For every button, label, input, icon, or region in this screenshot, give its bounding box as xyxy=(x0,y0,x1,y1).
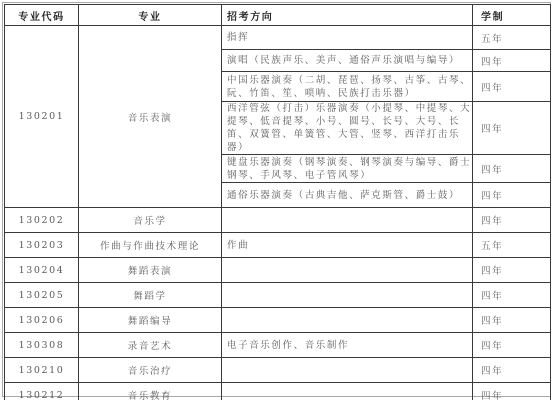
direction-cell xyxy=(222,383,473,400)
major-cell: 音乐学 xyxy=(79,208,222,233)
table-row: 130210 音乐治疗 四年 xyxy=(5,358,551,383)
years-cell: 四年 xyxy=(473,333,551,358)
header-row: 专业代码 专业 招考方向 学制 xyxy=(5,5,551,26)
major-cell: 音乐教育 xyxy=(79,383,222,400)
code-cell: 130201 xyxy=(5,26,79,208)
code-cell: 130204 xyxy=(5,258,79,283)
header-years: 学制 xyxy=(473,5,551,26)
table-row: 130202 音乐学 四年 xyxy=(5,208,551,233)
years-cell: 四年 xyxy=(473,50,551,72)
major-cell: 音乐表演 xyxy=(79,26,222,208)
direction-cell: 西洋管弦（打击）乐器演奏（小提琴、中提琴、大提琴、低音提琴、小号、圆号、长号、大… xyxy=(222,102,473,155)
major-cell: 舞蹈表演 xyxy=(79,258,222,283)
major-cell: 录音艺术 xyxy=(79,333,222,358)
major-cell: 音乐治疗 xyxy=(79,358,222,383)
major-cell: 舞蹈编导 xyxy=(79,308,222,333)
direction-cell xyxy=(222,358,473,383)
years-cell: 四年 xyxy=(473,283,551,308)
direction-cell: 作曲 xyxy=(222,233,473,258)
direction-cell xyxy=(222,258,473,283)
code-cell: 130308 xyxy=(5,333,79,358)
direction-cell: 中国乐器演奏（二胡、琵琶、扬琴、古筝、古琴、阮、竹笛、笙、唢呐、民族打击乐器） xyxy=(222,72,473,102)
years-cell: 五年 xyxy=(473,233,551,258)
code-cell: 130206 xyxy=(5,308,79,333)
direction-cell xyxy=(222,283,473,308)
major-cell: 作曲与作曲技术理论 xyxy=(79,233,222,258)
header-major: 专业 xyxy=(79,5,222,26)
header-code: 专业代码 xyxy=(5,5,79,26)
table-row: 130201 音乐表演 指挥 五年 xyxy=(5,26,551,50)
direction-cell: 键盘乐器演奏（钢琴演奏、钢琴演奏与编导、爵士钢琴、手风琴、电子管风琴） xyxy=(222,155,473,183)
years-cell: 四年 xyxy=(473,183,551,208)
direction-cell: 电子音乐创作、音乐制作 xyxy=(222,333,473,358)
table-row: 130212 音乐教育 四年 xyxy=(5,383,551,400)
code-cell: 130212 xyxy=(5,383,79,400)
table-row: 130205 舞蹈学 四年 xyxy=(5,283,551,308)
years-cell: 四年 xyxy=(473,208,551,233)
direction-cell xyxy=(222,308,473,333)
direction-cell: 指挥 xyxy=(222,26,473,50)
code-cell: 130203 xyxy=(5,233,79,258)
years-cell: 五年 xyxy=(473,26,551,50)
years-cell: 四年 xyxy=(473,308,551,333)
direction-cell: 演唱（民族声乐、美声、通俗声乐演唱与编导） xyxy=(222,50,473,72)
table-row: 130308 录音艺术 电子音乐创作、音乐制作 四年 xyxy=(5,333,551,358)
code-cell: 130210 xyxy=(5,358,79,383)
table-row: 130204 舞蹈表演 四年 xyxy=(5,258,551,283)
code-cell: 130202 xyxy=(5,208,79,233)
years-cell: 四年 xyxy=(473,358,551,383)
years-cell: 四年 xyxy=(473,102,551,155)
majors-table: 专业代码 专业 招考方向 学制 130201 音乐表演 指挥 五年 演唱（民族声… xyxy=(4,4,551,400)
header-direction: 招考方向 xyxy=(222,5,473,26)
years-cell: 四年 xyxy=(473,258,551,283)
direction-cell xyxy=(222,208,473,233)
years-cell: 四年 xyxy=(473,383,551,400)
years-cell: 四年 xyxy=(473,72,551,102)
table-row: 130203 作曲与作曲技术理论 作曲 五年 xyxy=(5,233,551,258)
years-cell: 四年 xyxy=(473,155,551,183)
table-row: 130206 舞蹈编导 四年 xyxy=(5,308,551,333)
major-cell: 舞蹈学 xyxy=(79,283,222,308)
direction-cell: 通俗乐器演奏（古典吉他、萨克斯管、爵士鼓） xyxy=(222,183,473,208)
code-cell: 130205 xyxy=(5,283,79,308)
